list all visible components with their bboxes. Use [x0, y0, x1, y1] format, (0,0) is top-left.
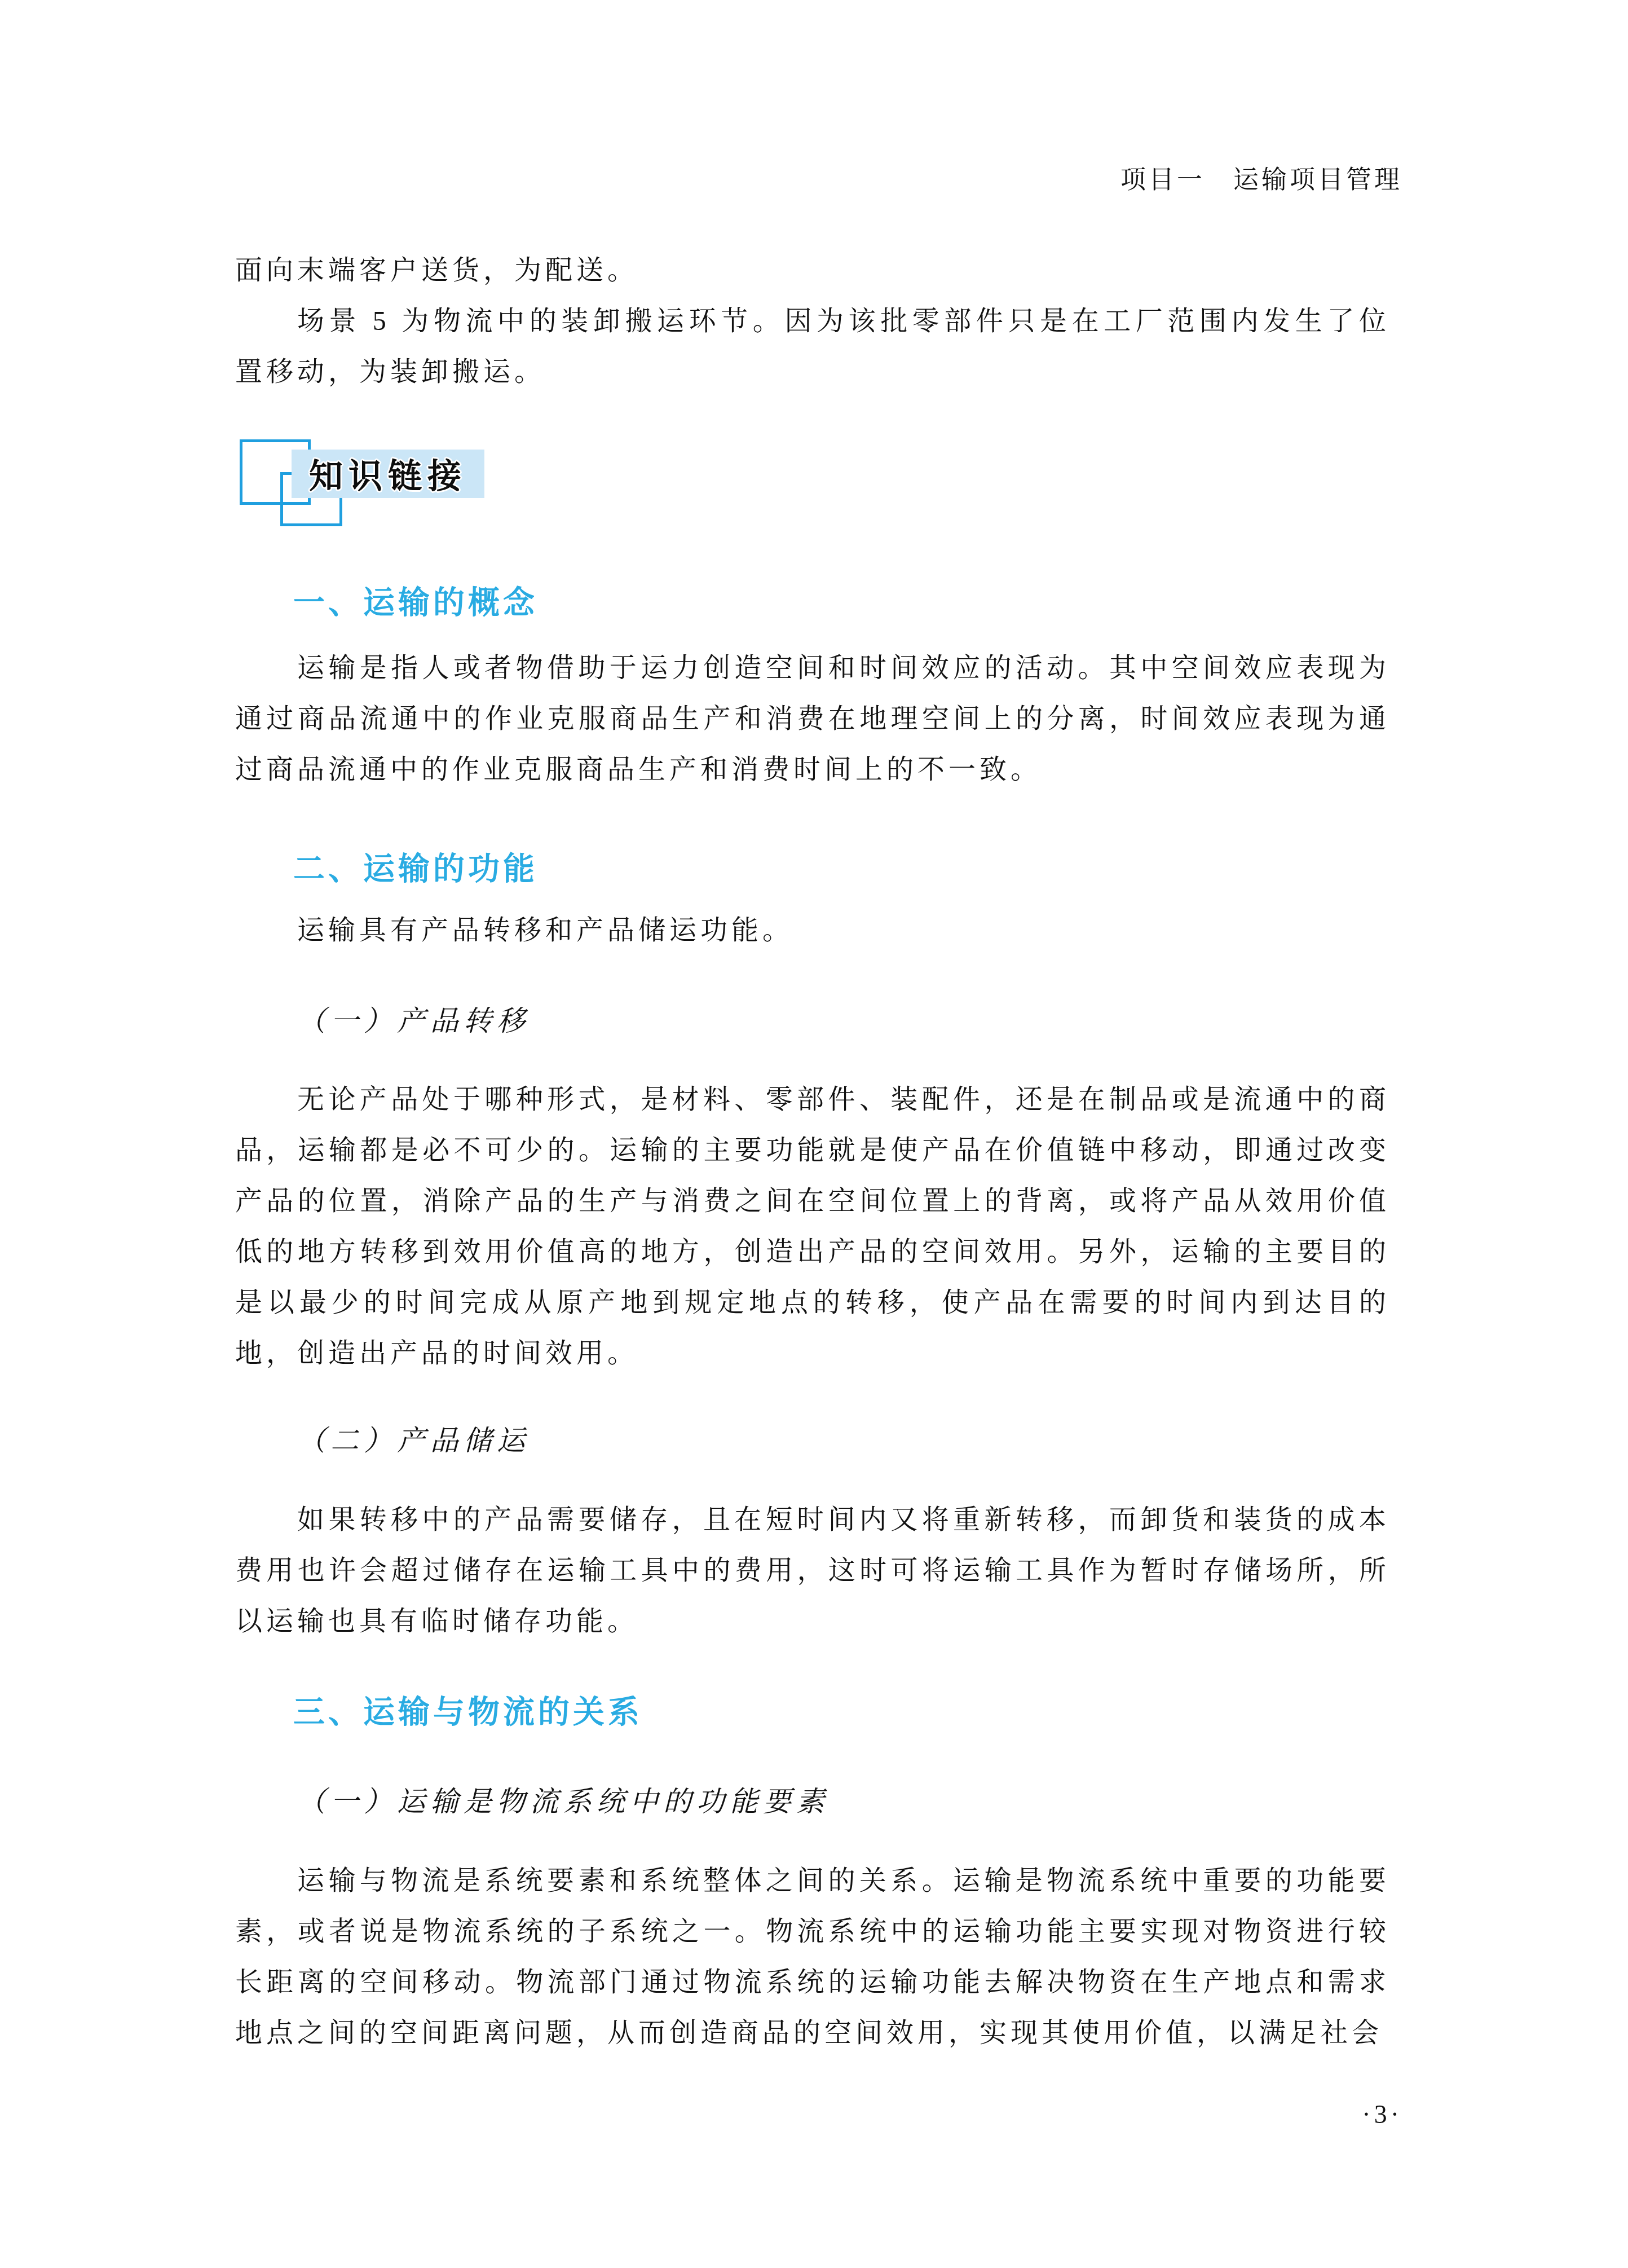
- running-head: 项目一 运输项目管理: [1120, 159, 1402, 196]
- subsection-title-product-storage: （二）产品储运: [235, 1423, 530, 1459]
- subsection-product-transfer-paragraph: 无论产品处于哪种形式，是材料、零部件、装配件，还是在制品或是流通中的商品，运输都…: [235, 1074, 1390, 1379]
- intro-text-block: 面向末端客户送货，为配送。 场景 5 为物流中的装卸搬运环节。因为该批零部件只是…: [235, 245, 1390, 398]
- section-1-paragraph-block: 运输是指人或者物借助于运力创造空间和时间效应的活动。其中空间效应表现为通过商品流…: [235, 643, 1390, 795]
- section-heading-1: 一、运输的概念: [293, 583, 538, 622]
- knowledge-link-banner: 知识链接: [240, 439, 555, 530]
- subsection-title-product-transfer: （一）产品转移: [235, 1003, 530, 1039]
- intro-continuation-line: 面向末端客户送货，为配送。: [235, 245, 1390, 296]
- intro-paragraph: 场景 5 为物流中的装卸搬运环节。因为该批零部件只是在工厂范围内发生了位置移动，…: [235, 296, 1390, 398]
- subsection-product-storage-paragraph-block: 如果转移中的产品需要储存，且在短时间内又将重新转移，而卸货和装货的成本费用也许会…: [235, 1495, 1390, 1647]
- book-page: 项目一 运输项目管理 面向末端客户送货，为配送。 场景 5 为物流中的装卸搬运环…: [0, 0, 1628, 2268]
- subsection-transport-function-paragraph-block: 运输与物流是系统要素和系统整体之间的关系。运输是物流系统中重要的功能要素，或者说…: [235, 1856, 1390, 2059]
- subsection-product-storage-paragraph: 如果转移中的产品需要储存，且在短时间内又将重新转移，而卸货和装货的成本费用也许会…: [235, 1495, 1390, 1647]
- subsection-transport-function-paragraph: 运输与物流是系统要素和系统整体之间的关系。运输是物流系统中重要的功能要素，或者说…: [235, 1856, 1390, 2059]
- section-heading-2: 二、运输的功能: [293, 849, 538, 888]
- subsection-product-transfer-paragraph-block: 无论产品处于哪种形式，是材料、零部件、装配件，还是在制品或是流通中的商品，运输都…: [235, 1074, 1390, 1379]
- section-2-paragraph: 运输具有产品转移和产品储运功能。: [235, 905, 1390, 956]
- subsection-title-transport-function-element: （一）运输是物流系统中的功能要素: [235, 1783, 830, 1820]
- page-number: ·3·: [1362, 2099, 1402, 2129]
- section-heading-3: 三、运输与物流的关系: [293, 1692, 643, 1732]
- knowledge-link-label: 知识链接: [309, 450, 467, 498]
- knowledge-link-banner-background: 知识链接: [292, 450, 484, 498]
- section-2-paragraph-block: 运输具有产品转移和产品储运功能。: [235, 905, 1390, 956]
- section-1-paragraph: 运输是指人或者物借助于运力创造空间和时间效应的活动。其中空间效应表现为通过商品流…: [235, 643, 1390, 795]
